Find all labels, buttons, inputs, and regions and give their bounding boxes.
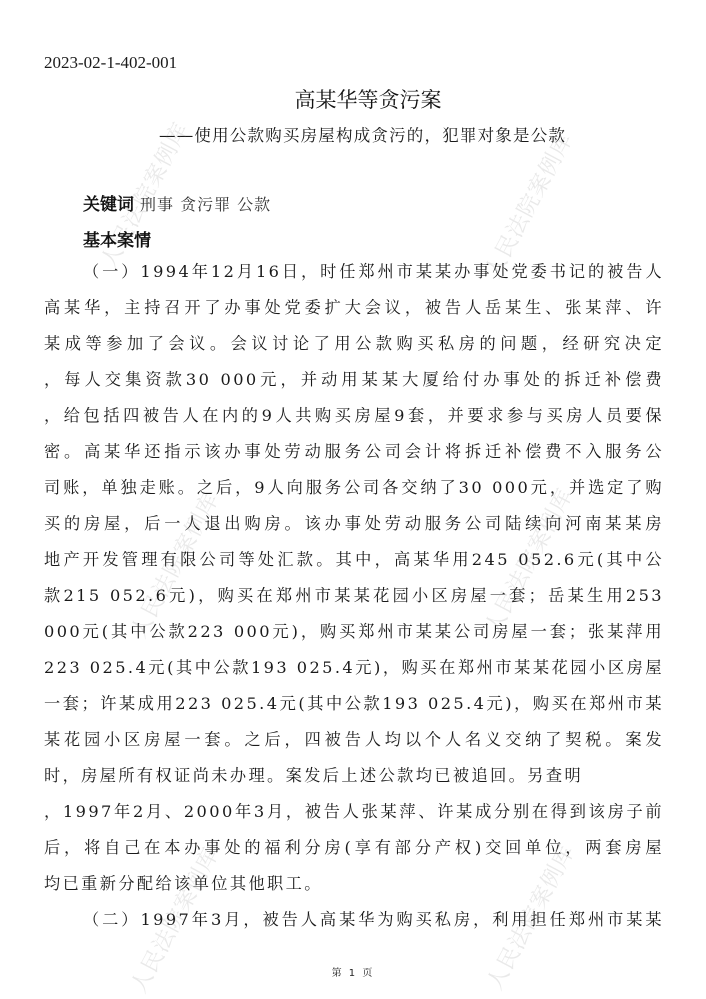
body-line: ，每人交集资款30 000元，并动用某某大厦给付办事处的拆迁补偿费 [44, 366, 664, 394]
body-line: 均已重新分配给该单位其他职工。 [44, 870, 344, 898]
body-line: 223 025.4元(其中公款193 025.4元)，购买在郑州市某某花园小区房… [44, 654, 664, 682]
body-line: 款215 052.6元)，购买在郑州市某某花园小区房屋一套；岳某生用253 [44, 582, 664, 610]
body-line: 买的房屋，后一人退出购房。该办事处劳动服务公司陆续向河南某某房 [44, 510, 664, 538]
keywords-label: 关键词 [83, 195, 134, 215]
body-line: ，给包括四被告人在内的9人共购买房屋9套，并要求参与买房人员要保 [44, 402, 664, 430]
body-line: 一套；许某成用223 025.4元(其中公款193 025.4元)，购买在郑州市… [44, 690, 664, 718]
body-line: 司账，单独走账。之后，9人向服务公司各交纳了30 000元，并选定了购 [44, 474, 664, 502]
keywords-row: 关键词刑事 贪污罪 公款 [83, 192, 271, 218]
body-line: 000元(其中公款223 000元)，购买郑州市某某公司房屋一套；张某萍用 [44, 618, 664, 646]
document-page: 2023-02-1-402-001 高某华等贪污案 ——使用公款购买房屋构成贪污… [0, 0, 706, 999]
body-line: 后，将自己在本办事处的福利分房(享有部分产权)交回单位，两套房屋 [44, 834, 664, 862]
document-subtitle: ——使用公款购买房屋构成贪污的，犯罪对象是公款 [159, 124, 566, 148]
page-number: 第 1 页 [0, 964, 706, 979]
body-line: 高某华，主持召开了办事处党委扩大会议，被告人岳某生、张某萍、许 [44, 294, 664, 322]
body-line: （二）1997年3月，被告人高某华为购买私房，利用担任郑州市某某 [83, 906, 664, 934]
keywords-value: 刑事 贪污罪 公款 [140, 195, 271, 214]
body-line: （一）1994年12月16日，时任郑州市某某办事处党委书记的被告人 [83, 258, 664, 286]
document-title: 高某华等贪污案 [0, 86, 706, 114]
body-line: 某成等参加了会议。会议讨论了用公款购买私房的问题，经研究决定 [44, 330, 664, 358]
body-line: ，1997年2月、2000年3月，被告人张某萍、许某成分别在得到该房子前 [44, 798, 664, 826]
body-line: 某花园小区房屋一套。之后，四被告人均以个人名义交纳了契税。案发 [44, 726, 664, 754]
body-line: 时，房屋所有权证尚未办理。案发后上述公款均已被追回。另查明 [44, 762, 584, 790]
body-line: 密。高某华还指示该办事处劳动服务公司会计将拆迁补偿费不入服务公 [44, 438, 664, 466]
section-heading-basic-facts: 基本案情 [83, 228, 151, 254]
body-line: 地产开发管理有限公司等处汇款。其中，高某华用245 052.6元(其中公 [44, 546, 664, 574]
case-number: 2023-02-1-402-001 [44, 52, 177, 74]
